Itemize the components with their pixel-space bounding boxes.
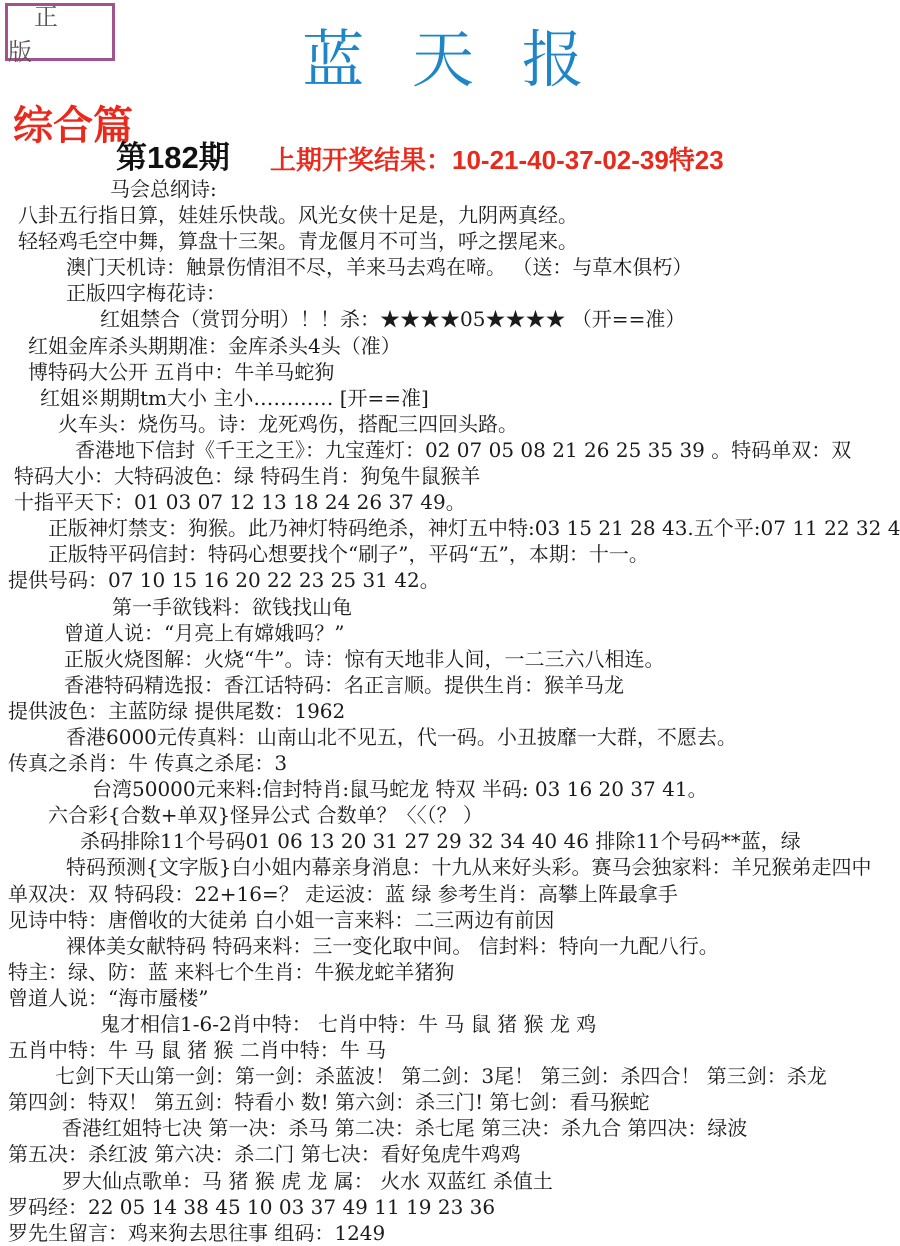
- text-line: 六合彩{合数+单双}怪异公式 合数单？〈〈（？ ）: [0, 802, 900, 828]
- text-line: 香港特码精选报：香江话特码：名正言顺。提供生肖：猴羊马龙: [0, 672, 900, 698]
- text-line: 曾道人说：“海市蜃楼”: [0, 985, 900, 1011]
- text-line: 罗码经：22 05 14 38 45 10 03 37 49 11 19 23 …: [0, 1194, 900, 1220]
- text-line: 十指平天下：01 03 07 12 13 18 24 26 37 49。: [0, 489, 900, 515]
- text-line: 裸体美女献特码 特码来料：三一变化取中间。 信封料：特向一九配八行。: [0, 933, 900, 959]
- text-line: 见诗中特：唐僧收的大徒弟 白小姐一言来料：二三两边有前因: [0, 907, 900, 933]
- text-line: 博特码大公开 五肖中：牛羊马蛇狗: [0, 359, 900, 385]
- text-line: 马会总纲诗:: [0, 176, 900, 202]
- text-line: 特码预测{文字版}白小姐内幕亲身消息：十九从来好头彩。赛马会独家料：羊兄猴弟走四…: [0, 854, 900, 880]
- text-line: 八卦五行指日算，娃娃乐快哉。风光女侠十足是，九阴两真经。: [0, 202, 900, 228]
- body-lines: 马会总纲诗:八卦五行指日算，娃娃乐快哉。风光女侠十足是，九阴两真经。轻轻鸡毛空中…: [0, 176, 900, 1246]
- text-line: 五肖中特：牛 马 鼠 猪 猴 二肖中特：牛 马: [0, 1037, 900, 1063]
- text-line: 曾道人说：“月亮上有嫦娥吗？”: [0, 620, 900, 646]
- previous-draw-result: 上期开奖结果：10-21-40-37-02-39特23: [270, 140, 724, 177]
- text-line: 火车头：烧伤马。诗：龙死鸡伤，搭配三四回头路。: [0, 411, 900, 437]
- text-line: 单双决：双 特码段：22+16=？ 走运波：蓝 绿 参考生肖：高攀上阵最拿手: [0, 881, 900, 907]
- text-line: 第五决：杀红波 第六决：杀二门 第七决：看好兔虎牛鸡鸡: [0, 1141, 900, 1167]
- text-line: 提供号码：07 10 15 16 20 22 23 25 31 42。: [0, 567, 900, 593]
- text-line: 第一手欲钱料：欲钱找山龟: [0, 594, 900, 620]
- page-title: 蓝 天 报: [0, 10, 900, 99]
- text-line: 特码大小：大特码波色：绿 特码生肖：狗兔牛鼠猴羊: [0, 463, 900, 489]
- text-line: 鬼才相信1-6-2肖中特： 七肖中特：牛 马 鼠 猪 猴 龙 鸡: [0, 1011, 900, 1037]
- text-line: 正版火烧图解：火烧“牛”。诗：惊有天地非人间，一二三六八相连。: [0, 646, 900, 672]
- text-line: 红姐禁合（赏罚分明）！！杀：★★★★05★★★★ （开==准）: [0, 306, 900, 332]
- text-line: 红姐※期期tm大小 主小………… [开==准]: [0, 385, 900, 411]
- text-line: 罗大仙点歌单：马 猪 猴 虎 龙 属： 火水 双蓝红 杀值土: [0, 1168, 900, 1194]
- text-line: 第四剑：特双！ 第五剑：特看小 数! 第六剑：杀三门! 第七剑：看马猴蛇: [0, 1089, 900, 1115]
- text-line: 正版四字梅花诗：: [0, 280, 900, 306]
- text-line: 正版特平码信封：特码心想要找个“刷子”，平码“五”，本期：十一。: [0, 541, 900, 567]
- text-line: 香港红姐特七决 第一决：杀马 第二决：杀七尾 第三决：杀九合 第四决：绿波: [0, 1115, 900, 1141]
- issue-number: 第182期: [116, 132, 230, 177]
- text-line: 杀码排除11个号码01 06 13 20 31 27 29 32 34 40 4…: [0, 828, 900, 854]
- text-line: 特主：绿、防：蓝 来料七个生肖：牛猴龙蛇羊猪狗: [0, 959, 900, 985]
- text-line: 香港6000元传真料：山南山北不见五，代一码。小丑披靡一大群，不愿去。: [0, 724, 900, 750]
- text-line: 香港地下信封《千王之王》：九宝莲灯：02 07 05 08 21 26 25 3…: [0, 437, 900, 463]
- text-line: 澳门天机诗：触景伤情泪不尽，羊来马去鸡在啼。 （送：与草木俱朽）: [0, 254, 900, 280]
- text-line: 罗先生留言：鸡来狗去思往事 组码：1249: [0, 1220, 900, 1246]
- section-title: 综合篇: [13, 94, 133, 151]
- text-line: 台湾50000元来料:信封特肖:鼠马蛇龙 特双 半码: 03 16 20 37 …: [0, 776, 900, 802]
- text-line: 七剑下天山第一剑：第一剑：杀蓝波！ 第二剑：3尾！ 第三剑：杀四合！ 第三剑：杀…: [0, 1063, 900, 1089]
- newspaper-page: 正 版 蓝 天 报 综合篇 第182期 上期开奖结果：10-21-40-37-0…: [0, 0, 900, 1246]
- text-line: 正版神灯禁支：狗猴。此乃神灯特码绝杀，神灯五中特:03 15 21 28 43.…: [0, 515, 900, 541]
- text-line: 传真之杀肖：牛 传真之杀尾：3: [0, 750, 900, 776]
- text-line: 提供波色：主蓝防绿 提供尾数：1962: [0, 698, 900, 724]
- text-line: 轻轻鸡毛空中舞，算盘十三架。青龙偃月不可当，呼之摆尾来。: [0, 228, 900, 254]
- text-line: 红姐金库杀头期期准：金库杀头4头（准）: [0, 333, 900, 359]
